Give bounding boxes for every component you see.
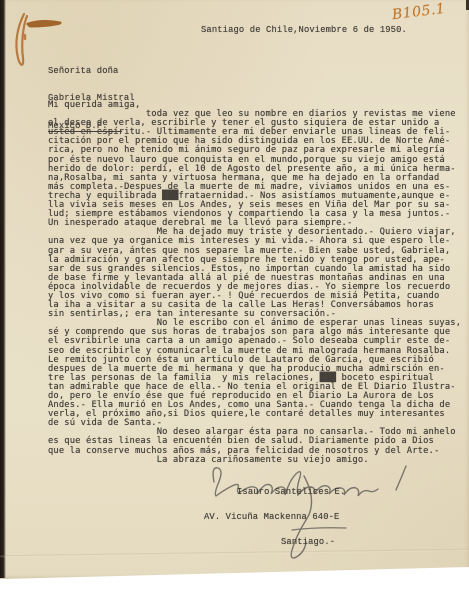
scanned-letter: B105.1 Santiago de Chile,Noviembre 6 de … <box>0 0 469 600</box>
recipient-title: Señorita doña <box>48 67 135 76</box>
dateline: Santiago de Chile,Noviembre 6 de 1950. <box>201 26 407 35</box>
signature-typed-name: Isauro Santelices E. <box>237 488 345 497</box>
scan-edge-left <box>0 0 6 578</box>
signature-city: Santiago.- <box>281 538 335 547</box>
letter-body: Mi querida amiga, toda vez que leo su no… <box>48 101 461 465</box>
signature-address: AV. Vicuña Mackenna 640-E <box>204 513 339 522</box>
